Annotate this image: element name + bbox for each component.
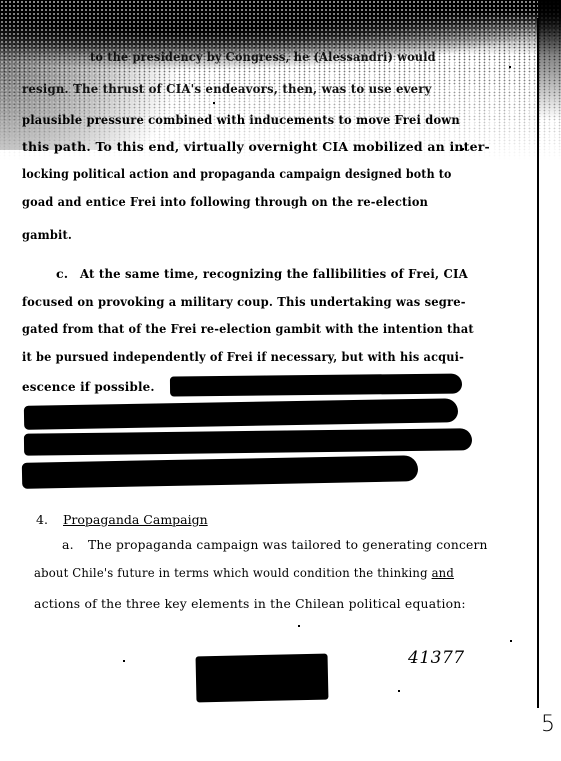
text-line: to the presidency by Congress, he (Aless… xyxy=(90,50,436,64)
text-line: resign. The thrust of CIA's endeavors, t… xyxy=(22,82,432,96)
text-line: about Chile's future in terms which woul… xyxy=(34,566,454,580)
text-line: locking political action and propaganda … xyxy=(22,167,452,181)
text-line: it be pursued independently of Frei if n… xyxy=(22,350,464,364)
text-line: The propaganda campaign was tailored to … xyxy=(88,538,488,552)
scan-dark-edge xyxy=(0,0,561,150)
redaction-bar xyxy=(22,455,418,489)
document-number: 41377 xyxy=(408,648,465,668)
paragraph-marker: a. xyxy=(62,538,74,552)
redaction-bar xyxy=(24,428,472,455)
page-mark: 5 xyxy=(541,712,555,737)
scan-speck xyxy=(462,148,464,150)
text-line: gambit. xyxy=(22,228,72,242)
redacted-stamp xyxy=(196,654,329,703)
section-title: Propaganda Campaign xyxy=(63,512,208,527)
scan-speck xyxy=(298,625,300,627)
scan-speck xyxy=(509,66,511,68)
section-number: 4. xyxy=(36,512,63,527)
scan-speck xyxy=(510,640,512,642)
scan-speck xyxy=(213,102,215,104)
scan-dark-edge-right xyxy=(538,0,561,220)
text-line: At the same time, recognizing the fallib… xyxy=(80,267,468,281)
redaction-bar xyxy=(170,373,462,396)
text-line: actions of the three key elements in the… xyxy=(34,597,466,611)
paragraph-marker: c. xyxy=(56,267,68,281)
scan-noise xyxy=(0,0,561,160)
text-fragment: about Chile's future in terms which woul… xyxy=(34,565,432,580)
text-line: plausible pressure combined with inducem… xyxy=(22,113,460,127)
text-line: focused on provoking a military coup. Th… xyxy=(22,295,466,309)
text-line: this path. To this end, virtually overni… xyxy=(22,140,490,154)
scan-speck xyxy=(123,660,125,662)
underlined-word: and xyxy=(432,565,454,580)
text-line: escence if possible. xyxy=(22,380,155,394)
redaction-bar xyxy=(24,398,458,430)
section-heading: 4.Propaganda Campaign xyxy=(36,512,208,527)
text-line: gated from that of the Frei re-election … xyxy=(22,322,474,336)
scan-speck xyxy=(398,690,400,692)
text-line: goad and entice Frei into following thro… xyxy=(22,195,428,209)
margin-rule xyxy=(537,18,539,708)
scanned-document-page: to the presidency by Congress, he (Aless… xyxy=(0,0,561,761)
